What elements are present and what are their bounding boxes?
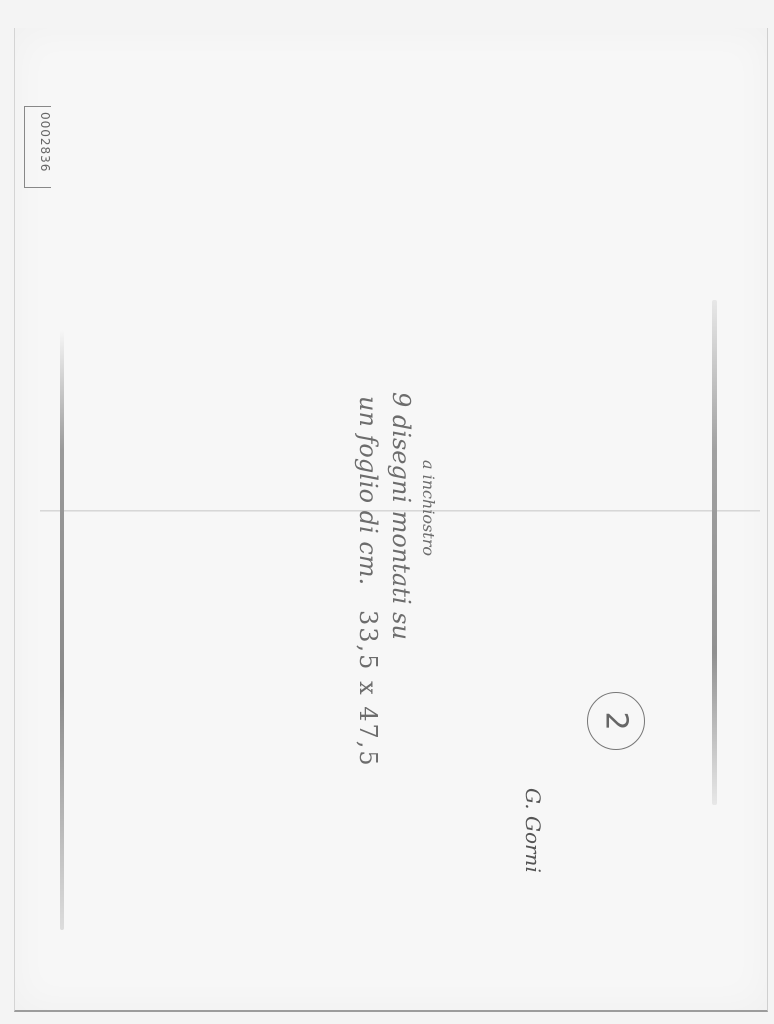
annotation-drawings-count: 9 disegni — [387, 392, 415, 503]
circled-number-value: 2 — [599, 711, 634, 730]
signature: G. Gorni — [521, 788, 545, 873]
annotation-line-1: 9 disegni montati su — [387, 392, 415, 640]
annotation-dimensions: 33,5 x 47,5 — [354, 610, 382, 768]
annotation-mounted-on: montati su — [387, 511, 415, 640]
inventory-number: 0002836 — [38, 112, 52, 172]
left-mount-edge-shadow — [60, 330, 64, 930]
annotation-insertion: a inchiostro — [419, 460, 438, 556]
right-mount-edge-shadow — [712, 300, 717, 805]
circled-number: 2 — [587, 692, 645, 750]
annotation-line-2: un foglio di cm. — [354, 396, 382, 585]
